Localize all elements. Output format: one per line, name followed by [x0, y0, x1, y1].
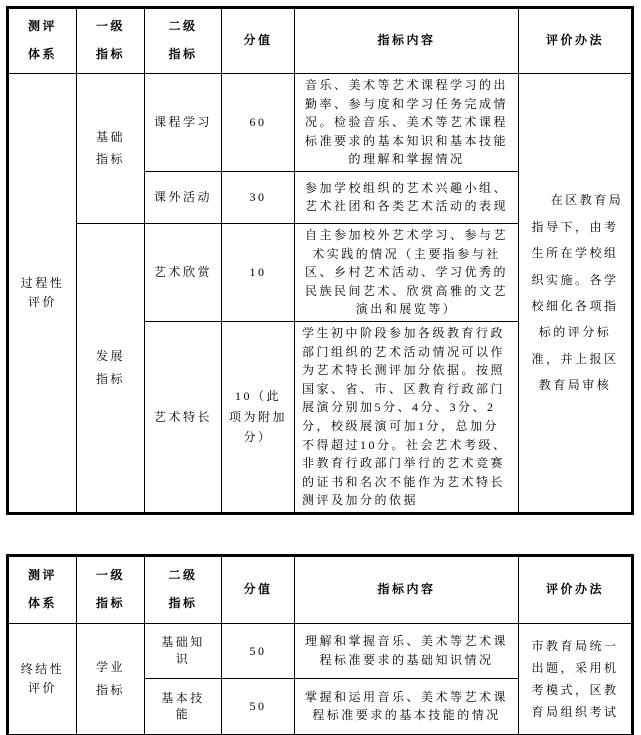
header-system-label: 测评体系	[27, 13, 58, 68]
cell-level2-basic-skills: 基本技能	[145, 678, 222, 735]
cell-method-process: 在区教育局指导下，由考生所在学校组织实施。各学校细化各项指标的评分标准，并上报区…	[519, 74, 633, 514]
header2-score: 分值	[222, 555, 295, 623]
cell-content-extracurricular: 参加学校组织的艺术兴趣小组、艺术社团和各类艺术活动的表现	[295, 171, 519, 223]
header2-level2-label: 二级指标	[168, 562, 199, 617]
header-level2-label: 二级指标	[168, 13, 199, 68]
header-score: 分值	[222, 8, 295, 74]
cell-level2-art-specialty: 艺术特长	[145, 321, 222, 513]
cell-level1-basic: 基础指标	[77, 74, 145, 224]
level2-basic-knowledge-label: 基础知识	[160, 634, 206, 668]
header-level1: 一级指标	[77, 8, 145, 74]
level1-academic-label: 学业指标	[95, 656, 126, 702]
header-method: 评价办法	[519, 8, 633, 74]
table1-row-course-study: 过程性评价 基础指标 课程学习 60 音乐、美术等艺术课程学习的出勤率、参与度和…	[8, 74, 633, 172]
cell-content-art-specialty: 学生初中阶段参加各级教育行政部门组织的艺术活动情况可以作为艺术特长测评加分依据。…	[295, 321, 519, 513]
cell-score-basic-knowledge: 50	[222, 623, 295, 678]
header2-content: 指标内容	[295, 555, 519, 623]
cell-content-basic-knowledge: 理解和掌握音乐、美术等艺术课程标准要求的基础知识情况	[295, 623, 519, 678]
cell-content-art-appreciation: 自主参加校外艺术学习、参与艺术实践的情况（主要指参与社区、乡村艺术活动、学习优秀…	[295, 223, 519, 321]
cell-level1-development: 发展指标	[77, 223, 145, 513]
cell-level2-basic-knowledge: 基础知识	[145, 623, 222, 678]
cell-content-course-study: 音乐、美术等艺术课程学习的出勤率、参与度和学习任务完成情况。检验音乐、美术等艺术…	[295, 74, 519, 172]
header2-level1: 一级指标	[77, 555, 145, 623]
cell-level2-course-study: 课程学习	[145, 74, 222, 172]
header2-score-label: 分值	[243, 582, 272, 596]
level1-basic-label: 基础指标	[95, 126, 126, 172]
cell-level1-academic: 学业指标	[77, 623, 145, 735]
level2-basic-skills-label: 基本技能	[160, 690, 206, 724]
cell-content-basic-skills: 掌握和运用音乐、美术等艺术课程标准要求的基本技能的情况	[295, 678, 519, 735]
cell-method-summative: 市教育局统一出题，采用机考模式，区教育局组织考试	[519, 623, 633, 735]
header2-level1-label: 一级指标	[95, 562, 126, 617]
header-level1-label: 一级指标	[95, 13, 126, 68]
cell-level2-art-appreciation: 艺术欣赏	[145, 223, 222, 321]
process-evaluation-table: 测评体系 一级指标 二级指标 分值 指标内容 评价办法 过程性评价 基础指标 课…	[6, 6, 634, 515]
header2-method-label: 评价办法	[546, 582, 604, 596]
system-process-label: 过程性评价	[20, 274, 66, 312]
cell-score-art-appreciation: 10	[222, 223, 295, 321]
cell-score-extracurricular: 30	[222, 171, 295, 223]
table1-header-row: 测评体系 一级指标 二级指标 分值 指标内容 评价办法	[8, 8, 633, 74]
cell-score-art-specialty: 10（此项为附加分）	[222, 321, 295, 513]
cell-level2-extracurricular: 课外活动	[145, 171, 222, 223]
summative-evaluation-table: 测评体系 一级指标 二级指标 分值 指标内容 评价办法 终结性评价 学业指标 基…	[6, 554, 634, 735]
cell-score-course-study: 60	[222, 74, 295, 172]
header2-level2: 二级指标	[145, 555, 222, 623]
header-score-label: 分值	[243, 33, 272, 47]
header2-content-label: 指标内容	[377, 582, 435, 596]
cell-system-process: 过程性评价	[8, 74, 77, 514]
document-page: 测评体系 一级指标 二级指标 分值 指标内容 评价办法 过程性评价 基础指标 课…	[0, 6, 641, 735]
system-summative-label: 终结性评价	[20, 660, 66, 698]
table2-header-row: 测评体系 一级指标 二级指标 分值 指标内容 评价办法	[8, 555, 633, 623]
cell-score-basic-skills: 50	[222, 678, 295, 735]
cell-system-summative: 终结性评价	[8, 623, 77, 735]
table2-row-basic-knowledge: 终结性评价 学业指标 基础知识 50 理解和掌握音乐、美术等艺术课程标准要求的基…	[8, 623, 633, 678]
header-content: 指标内容	[295, 8, 519, 74]
header-system: 测评体系	[8, 8, 77, 74]
header2-system-label: 测评体系	[27, 562, 58, 617]
header-content-label: 指标内容	[377, 33, 435, 47]
header-level2: 二级指标	[145, 8, 222, 74]
header2-method: 评价办法	[519, 555, 633, 623]
level1-development-label: 发展指标	[95, 345, 126, 391]
header-method-label: 评价办法	[546, 33, 604, 47]
header2-system: 测评体系	[8, 555, 77, 623]
